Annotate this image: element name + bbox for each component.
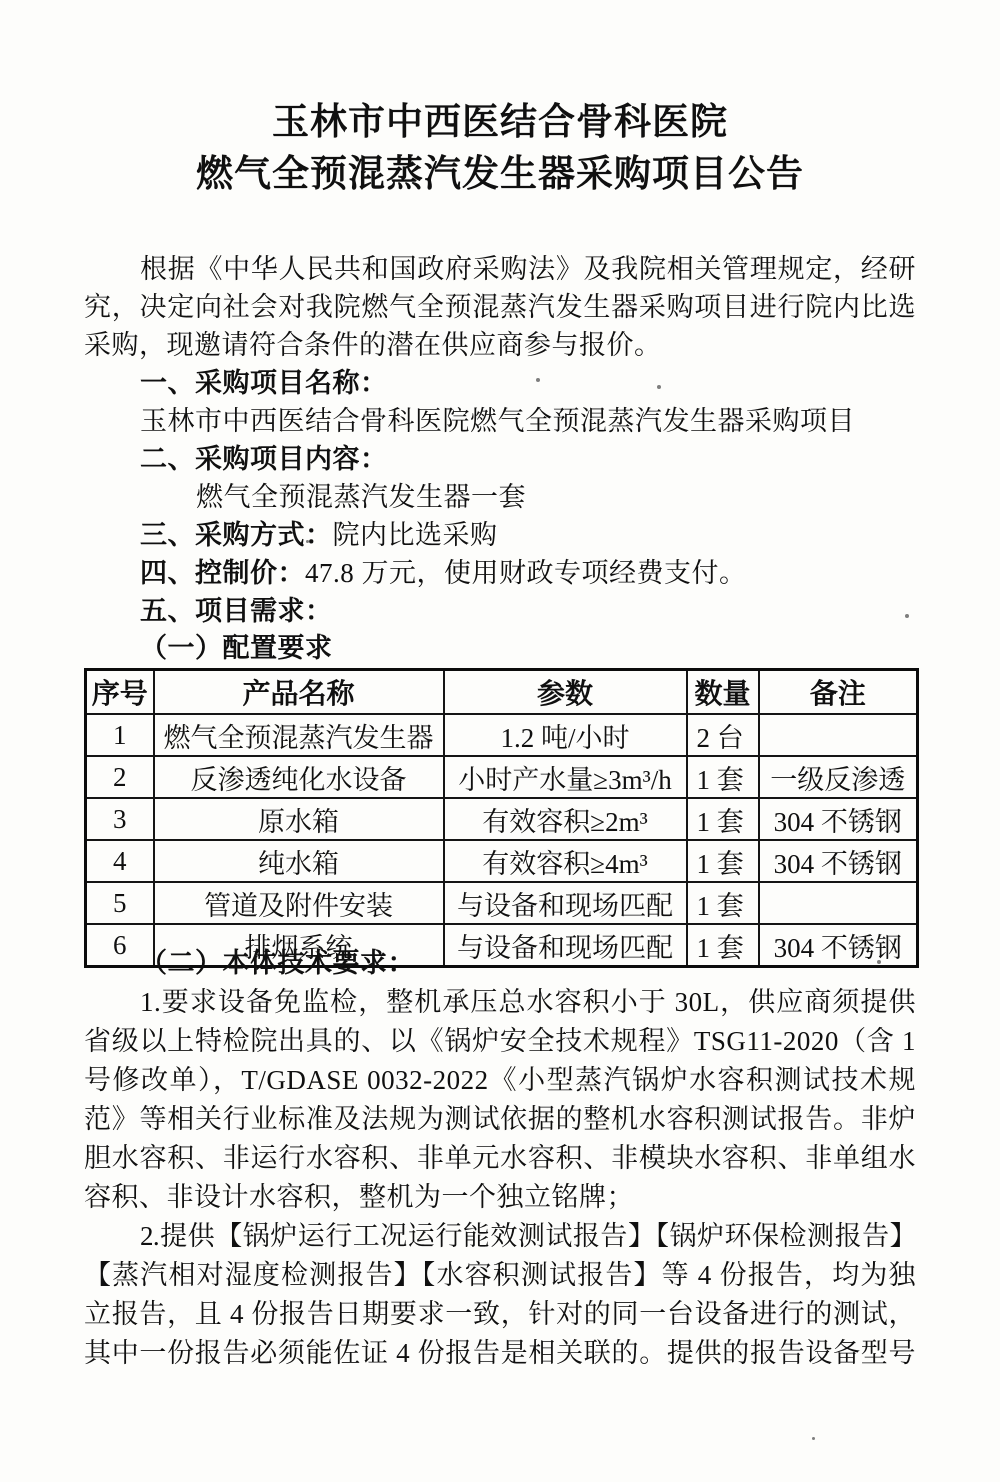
- cell-remark: 304 不锈钢: [759, 840, 918, 882]
- cell-remark: [759, 882, 918, 924]
- cell-index: 4: [86, 840, 154, 882]
- scan-noise-dot: [497, 1126, 500, 1130]
- scan-noise-dot: [812, 1437, 815, 1440]
- col-header-remark: 备注: [759, 670, 918, 715]
- intro-line-3: 采购，现邀请符合条件的潜在供应商参与报价。: [84, 326, 916, 364]
- cell-parameter: 1.2 吨/小时: [444, 714, 687, 756]
- cell-remark: [759, 714, 918, 756]
- intro-and-sections-block: 根据《中华人民共和国政府采购法》及我院相关管理规定，经研 究，决定向社会对我院燃…: [84, 250, 916, 666]
- col-header-quantity: 数量: [687, 670, 759, 715]
- title-line-1: 玉林市中西医结合骨科医院: [0, 96, 1000, 148]
- cell-quantity: 1 套: [687, 798, 759, 840]
- cell-product: 原水箱: [154, 798, 444, 840]
- scan-noise-dot: [905, 614, 909, 618]
- tech-p2-line: 【蒸汽相对湿度检测报告】【水容积测试报告】等 4 份报告，均为独: [84, 1256, 916, 1295]
- col-header-parameter: 参数: [444, 670, 687, 715]
- section-1-heading: 一、采购项目名称：: [84, 364, 916, 402]
- cell-index: 2: [86, 756, 154, 798]
- cell-parameter: 小时产水量≥3m³/h: [444, 756, 687, 798]
- intro-line-2: 究，决定向社会对我院燃气全预混蒸汽发生器采购项目进行院内比选: [84, 288, 916, 326]
- cell-index: 5: [86, 882, 154, 924]
- table-row: 1 燃气全预混蒸汽发生器 1.2 吨/小时 2 台: [86, 714, 918, 756]
- section-5-heading: 五、项目需求：: [84, 592, 916, 630]
- cell-product: 燃气全预混蒸汽发生器: [154, 714, 444, 756]
- intro-line-1: 根据《中华人民共和国政府采购法》及我院相关管理规定，经研: [84, 250, 916, 288]
- table-row: 4 纯水箱 有效容积≥4m³ 1 套 304 不锈钢: [86, 840, 918, 882]
- cell-quantity: 1 套: [687, 756, 759, 798]
- section-4-line: 四、控制价：47.8 万元，使用财政专项经费支付。: [84, 554, 916, 592]
- section-4-label: 四、控制价：: [140, 558, 305, 588]
- col-header-index: 序号: [86, 670, 154, 715]
- scan-noise-dot: [536, 378, 540, 382]
- section-3-value: 院内比选采购: [333, 520, 498, 550]
- technical-requirements-block: （二）本体技术要求： 1.要求设备免监检，整机承压总水容积小于 30L，供应商须…: [84, 944, 916, 1373]
- tech-p1-line: 号修改单），T/GDASE 0032-2022《小型蒸汽锅炉水容积测试技术规: [84, 1061, 916, 1100]
- cell-index: 1: [86, 714, 154, 756]
- tech-p1-line: 容积、非设计水容积，整机为一个独立铭牌；: [84, 1178, 916, 1217]
- col-header-product: 产品名称: [154, 670, 444, 715]
- section-1-body: 玉林市中西医结合骨科医院燃气全预混蒸汽发生器采购项目: [84, 402, 916, 440]
- cell-index: 3: [86, 798, 154, 840]
- tech-p1-line: 1.要求设备免监检，整机承压总水容积小于 30L，供应商须提供: [84, 983, 916, 1022]
- cell-product: 管道及附件安装: [154, 882, 444, 924]
- section-2-body: 燃气全预混蒸汽发生器一套: [84, 478, 916, 516]
- subsection-2-heading: （二）本体技术要求：: [84, 944, 916, 983]
- cell-remark: 304 不锈钢: [759, 798, 918, 840]
- tech-p2-line: 其中一份报告必须能佐证 4 份报告是相关联的。提供的报告设备型号: [84, 1334, 916, 1373]
- tech-p2-line: 立报告，且 4 份报告日期要求一致，针对的同一台设备进行的测试，: [84, 1295, 916, 1334]
- spec-table: 序号 产品名称 参数 数量 备注 1 燃气全预混蒸汽发生器 1.2 吨/小时 2…: [84, 668, 919, 968]
- cell-quantity: 1 套: [687, 840, 759, 882]
- subsection-1-heading: （一）配置要求: [84, 630, 916, 666]
- cell-quantity: 2 台: [687, 714, 759, 756]
- tech-p1-line: 胆水容积、非运行水容积、非单元水容积、非模块水容积、非单组水: [84, 1139, 916, 1178]
- title-line-2: 燃气全预混蒸汽发生器采购项目公告: [0, 148, 1000, 200]
- cell-parameter: 有效容积≥2m³: [444, 798, 687, 840]
- section-4-value: 47.8 万元，使用财政专项经费支付。: [305, 558, 747, 588]
- table-row: 3 原水箱 有效容积≥2m³ 1 套 304 不锈钢: [86, 798, 918, 840]
- table-row: 2 反渗透纯化水设备 小时产水量≥3m³/h 1 套 一级反渗透: [86, 756, 918, 798]
- cell-product: 纯水箱: [154, 840, 444, 882]
- cell-parameter: 有效容积≥4m³: [444, 840, 687, 882]
- tech-p2-line: 2.提供【锅炉运行工况运行能效测试报告】【锅炉环保检测报告】: [84, 1217, 916, 1256]
- scan-noise-dot: [306, 540, 309, 543]
- scan-noise-dot: [657, 385, 661, 389]
- table-header-row: 序号 产品名称 参数 数量 备注: [86, 670, 918, 715]
- table-row: 5 管道及附件安装 与设备和现场匹配 1 套: [86, 882, 918, 924]
- document-title: 玉林市中西医结合骨科医院 燃气全预混蒸汽发生器采购项目公告: [0, 96, 1000, 200]
- cell-product: 反渗透纯化水设备: [154, 756, 444, 798]
- cell-remark: 一级反渗透: [759, 756, 918, 798]
- section-3-label: 三、采购方式：: [140, 520, 333, 550]
- section-2-heading: 二、采购项目内容：: [84, 440, 916, 478]
- scan-noise-dot: [877, 960, 881, 964]
- tech-p1-line: 范》等相关行业标准及法规为测试依据的整机水容积测试报告。非炉: [84, 1100, 916, 1139]
- tech-p1-line: 省级以上特检院出具的、以《锅炉安全技术规程》TSG11-2020（含 1: [84, 1022, 916, 1061]
- section-3-line: 三、采购方式：院内比选采购: [84, 516, 916, 554]
- cell-parameter: 与设备和现场匹配: [444, 882, 687, 924]
- scanned-procurement-announcement-page: 玉林市中西医结合骨科医院 燃气全预混蒸汽发生器采购项目公告 根据《中华人民共和国…: [0, 0, 1000, 1482]
- cell-quantity: 1 套: [687, 882, 759, 924]
